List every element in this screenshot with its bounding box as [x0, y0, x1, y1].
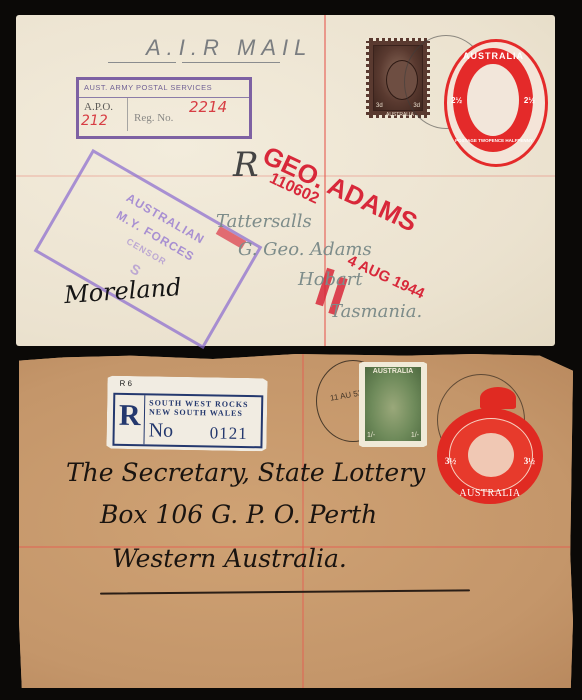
top-cover-envelope: A.I.R MAIL AUST. ARMY POSTAL SERVICES A.…: [16, 15, 555, 346]
imprint-legend: POSTAGE TWOPENCE HALFPENNY: [455, 138, 533, 143]
airmail-underline: [182, 62, 280, 63]
address-line-3: Western Australia.: [112, 544, 347, 573]
imprint-country: AUSTRALIA: [437, 488, 543, 499]
kgv-3-half-penny-imprint: 3½ 3½ AUSTRALIA: [437, 408, 543, 504]
stamp-value-left: 3d: [376, 103, 383, 109]
stamp-value-left: 1/-: [367, 432, 375, 439]
cachet-separator: [127, 98, 128, 131]
imprint-value-left: 2½: [451, 96, 462, 105]
airmail-underline: [108, 62, 176, 63]
imprint-country: AUSTRALIA: [463, 51, 524, 61]
crown-icon: [480, 387, 516, 409]
kgvi-2-half-penny-imprint: AUSTRALIA 2½ 2½ POSTAGE TWOPENCE HALFPEN…: [444, 39, 548, 167]
address-line-1: The Secretary, State Lottery: [66, 458, 425, 487]
label-no: No: [148, 419, 173, 442]
imprint-head-oval: [468, 433, 514, 477]
reg-number: 2214: [189, 98, 227, 116]
address-line-2: G. Geo. Adams: [238, 239, 372, 260]
label-form-number: R 6: [119, 379, 132, 388]
airmail-annotation: A.I.R MAIL: [146, 35, 312, 61]
address-line-2: Box 106 G. P. O. Perth: [100, 500, 377, 529]
label-separator: [143, 395, 145, 444]
reg-no-label: Reg. No.: [134, 112, 173, 124]
address-line-3: Hobart: [298, 269, 363, 290]
postmark-date: 11 AU 52: [329, 388, 362, 402]
registration-label: R 6 R SOUTH WEST ROCKS NEW SOUTH WALES N…: [106, 376, 267, 452]
stamp-value-right: 1/-: [411, 432, 419, 439]
label-frame: R SOUTH WEST ROCKS NEW SOUTH WALES No 01…: [112, 393, 263, 449]
apo-number: 212: [81, 113, 108, 129]
imprint-head-oval: [467, 64, 519, 136]
stamp-country: AUSTRALIA: [386, 112, 414, 118]
imprint-inner-ring: [449, 418, 533, 492]
label-registration-number: 0121: [209, 423, 247, 444]
stamp-country: AUSTRALIA: [365, 368, 421, 375]
apo-label: A.P.O.: [84, 101, 113, 113]
imprint-frame: AUSTRALIA 2½ 2½ POSTAGE TWOPENCE HALFPEN…: [453, 48, 533, 152]
imprint-value-right: 2½: [524, 96, 535, 105]
cachet-title: AUST. ARMY POSTAL SERVICES: [84, 83, 212, 92]
pencil-registration-mark: R: [233, 145, 259, 185]
label-state: NEW SOUTH WALES: [149, 407, 243, 418]
imprint-value-left: 3½: [445, 456, 456, 466]
stamp-design: AUSTRALIA 1/- 1/-: [365, 367, 421, 441]
lyrebird-1-shilling-stamp: AUSTRALIA 1/- 1/-: [359, 362, 427, 447]
address-line-4: Tasmania.: [330, 301, 422, 322]
forces-censor-cachet: AUSTRALIAN M.Y. FORCES CENSOR S: [34, 149, 263, 349]
label-registered-letter: R: [119, 399, 141, 433]
army-postal-services-cachet: AUST. ARMY POSTAL SERVICES A.P.O. Reg. N…: [76, 77, 252, 139]
address-line-1: Tattersalls: [216, 211, 312, 232]
imprint-value-right: 3½: [524, 456, 535, 466]
